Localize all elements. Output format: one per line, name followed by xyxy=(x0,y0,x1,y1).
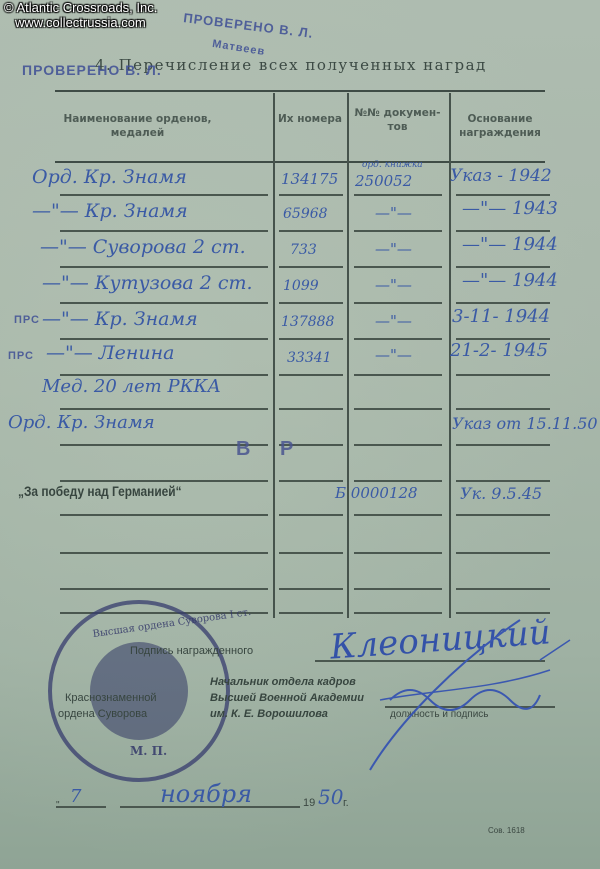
award-name: Мед. 20 лет РККА xyxy=(42,376,221,397)
row-rule xyxy=(456,480,550,482)
document-number: —"— xyxy=(375,346,412,364)
copyright-text: © Atlantic Crossroads, Inc. xyxy=(4,0,157,15)
row-rule xyxy=(279,514,343,516)
document-note: орд. книжка xyxy=(362,160,423,170)
official-left-line1: Краснознаменной xyxy=(65,692,157,704)
document-number: —"— xyxy=(375,240,412,258)
award-name: Орд. Кр. Знамя xyxy=(32,166,187,188)
margin-stamp: ПРС xyxy=(8,350,34,362)
award-name: —"— Кр. Знамя xyxy=(32,200,188,222)
award-basis: Ук. 9.5.45 xyxy=(460,484,542,503)
award-basis: —"— 1944 xyxy=(462,270,558,291)
document-number: —"— xyxy=(375,204,412,222)
row-rule xyxy=(354,480,442,482)
document-page: © Atlantic Crossroads, Inc. www.collectr… xyxy=(0,0,600,869)
column-divider xyxy=(273,93,275,618)
row-rule xyxy=(456,588,550,590)
award-basis: 3-11- 1944 xyxy=(452,306,550,327)
date-month: ноября xyxy=(160,780,252,808)
br-stamp: В Р xyxy=(236,438,305,461)
signature-label: Подпись награжденного xyxy=(130,645,253,657)
row-rule xyxy=(354,374,442,376)
row-rule xyxy=(456,194,550,196)
award-name-printed: „За победу над Германией“ xyxy=(18,483,182,499)
margin-stamp: ПРС xyxy=(14,314,40,326)
title-rule xyxy=(55,90,545,92)
award-number: 733 xyxy=(290,242,317,258)
award-number: 134175 xyxy=(281,170,338,188)
award-number: 137888 xyxy=(281,314,334,330)
document-number: Б 0000128 xyxy=(335,484,418,502)
row-rule xyxy=(60,230,268,232)
row-rule xyxy=(354,552,442,554)
row-rule xyxy=(279,338,343,340)
row-rule xyxy=(60,266,268,268)
row-rule xyxy=(354,444,442,446)
row-rule xyxy=(279,374,343,376)
award-name: —"— Кр. Знамя xyxy=(42,308,198,330)
row-rule xyxy=(279,194,343,196)
verified-stamp-overlay: ПРОВЕРЕНО В. Л. xyxy=(22,62,162,78)
official-signature xyxy=(340,600,580,780)
row-rule xyxy=(456,374,550,376)
award-name: —"— Ленина xyxy=(46,342,174,364)
row-rule xyxy=(354,194,442,196)
column-header-documents: №№ докумен- тов xyxy=(350,106,445,134)
column-header-number: Их номера xyxy=(275,112,345,126)
award-basis: 21-2- 1945 xyxy=(450,340,548,361)
official-left-line2: ордена Суворова xyxy=(58,708,147,720)
column-header-basis: Основание награждения xyxy=(450,112,550,140)
date-year-prefix: 19 xyxy=(303,797,315,809)
date-day-line xyxy=(56,806,106,808)
row-rule xyxy=(60,194,268,196)
verified-stamp-top: ПРОВЕРЕНО В. Л. xyxy=(183,10,315,41)
row-rule xyxy=(60,408,268,410)
seal-mp: М. П. xyxy=(130,744,167,758)
award-name: —"— Суворова 2 ст. xyxy=(40,236,246,258)
row-rule xyxy=(279,480,343,482)
row-rule xyxy=(354,266,442,268)
official-seal: Высшая ордена Суворова I ст. М. П. xyxy=(48,600,230,782)
row-rule xyxy=(60,588,268,590)
row-rule xyxy=(456,552,550,554)
row-rule xyxy=(354,338,442,340)
row-rule xyxy=(456,230,550,232)
row-rule xyxy=(456,408,550,410)
award-basis: Указ - 1942 xyxy=(450,166,552,186)
row-rule xyxy=(279,230,343,232)
row-rule xyxy=(354,588,442,590)
row-rule xyxy=(279,552,343,554)
watermark-url: www.collectrussia.com xyxy=(4,15,157,30)
row-rule xyxy=(279,266,343,268)
award-basis: —"— 1944 xyxy=(462,234,558,255)
copyright-watermark: © Atlantic Crossroads, Inc. www.collectr… xyxy=(4,0,157,30)
row-rule xyxy=(354,408,442,410)
row-rule xyxy=(60,514,268,516)
row-rule xyxy=(60,338,268,340)
seal-ring-text: Высшая ордена Суворова I ст. xyxy=(92,607,252,640)
award-basis: Указ от 15.11.50 xyxy=(452,414,598,433)
document-number: —"— xyxy=(375,312,412,330)
document-number: 250052 xyxy=(355,172,412,190)
row-rule xyxy=(279,408,343,410)
row-rule xyxy=(354,230,442,232)
form-code: Сов. 1618 xyxy=(488,826,525,835)
date-year-mark: г. xyxy=(343,797,349,809)
official-title-line3: им. К. Е. Ворошилова xyxy=(210,708,328,720)
row-rule xyxy=(279,588,343,590)
row-rule xyxy=(456,444,550,446)
official-title-line1: Начальник отдела кадров xyxy=(210,676,356,688)
document-number: —"— xyxy=(375,276,412,294)
award-name: —"— Кутузова 2 ст. xyxy=(42,272,253,294)
row-rule xyxy=(279,612,343,614)
row-rule xyxy=(60,552,268,554)
row-rule xyxy=(354,514,442,516)
award-number: 1099 xyxy=(283,278,319,294)
column-divider xyxy=(347,93,349,618)
award-number: 65968 xyxy=(283,206,328,222)
award-number: 33341 xyxy=(287,350,332,366)
date-day: 7 xyxy=(70,786,81,807)
row-rule xyxy=(456,514,550,516)
row-rule xyxy=(60,302,268,304)
header-rule xyxy=(55,161,545,163)
row-rule xyxy=(456,302,550,304)
award-name: Орд. Кр. Знамя xyxy=(8,412,155,433)
row-rule xyxy=(456,266,550,268)
award-basis: —"— 1943 xyxy=(462,198,558,219)
row-rule xyxy=(279,302,343,304)
date-year: 50 xyxy=(318,785,343,809)
row-rule xyxy=(60,480,268,482)
row-rule xyxy=(354,302,442,304)
column-header-name: Наименование орденов, медалей xyxy=(60,112,215,140)
